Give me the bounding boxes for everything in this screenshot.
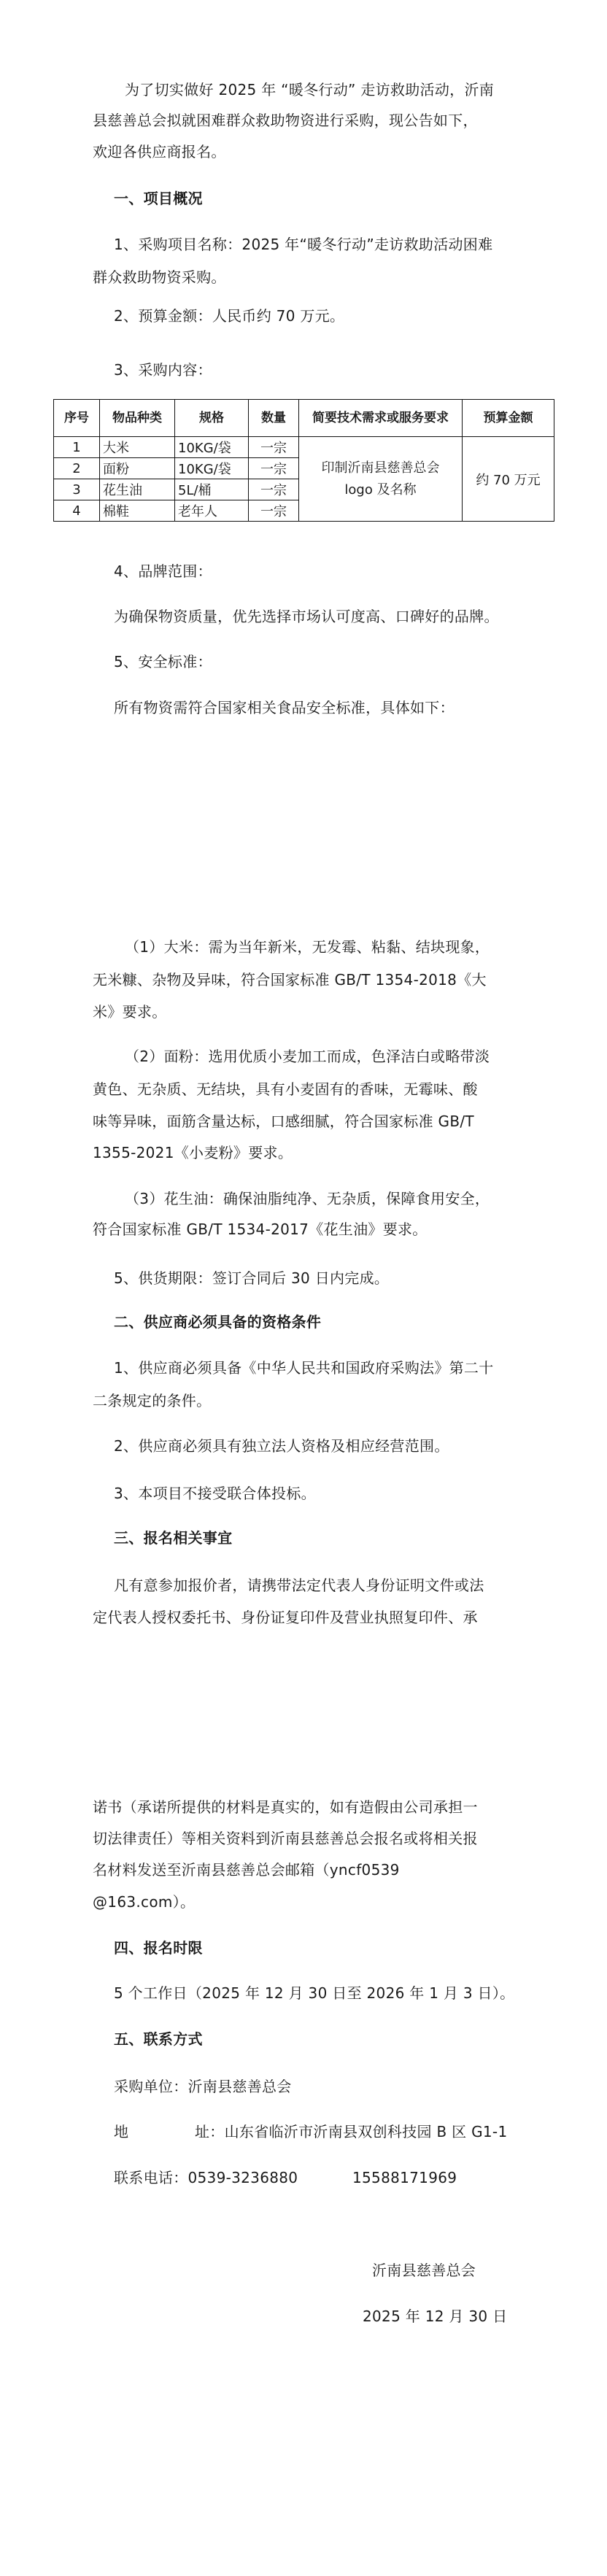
contact-phone: 联系电话：0539-3236880	[114, 2169, 298, 2186]
qualification-2: 2、供应商必须具有独立法人资格及相应经营范围。	[114, 1437, 449, 1455]
purchaser-unit-label: 采购单位：	[114, 2078, 188, 2095]
signature-date: 2025 年 12 月 30 日	[363, 2308, 507, 2325]
contact-phone-2: 15588171969	[352, 2169, 457, 2186]
cell-qty: 一宗	[249, 437, 299, 458]
cell-qty: 一宗	[249, 479, 299, 500]
section-heading: 四、报名时限	[114, 1939, 203, 1957]
cell-spec: 10KG/袋	[175, 458, 249, 479]
cell-spec: 老年人	[175, 500, 249, 522]
section-heading: 二、供应商必须具备的资格条件	[114, 1313, 321, 1331]
flour-standard: （2）面粉：选用优质小麦加工而成，色泽洁白或略带淡	[125, 1048, 490, 1065]
contact-phone-label: 联系电话：	[114, 2169, 188, 2186]
cell-spec: 10KG/袋	[175, 437, 249, 458]
intro-line: 欢迎各供应商报名。	[93, 143, 226, 160]
flour-standard-cont: 1355-2021《小麦粉》要求。	[93, 1144, 293, 1161]
cell-spec: 5L/桶	[175, 479, 249, 500]
safety-standard-label: 5、安全标准：	[114, 653, 212, 670]
cell-item: 大米	[100, 437, 175, 458]
col-header-spec: 规格	[175, 400, 249, 437]
oil-standard-cont: 符合国家标准 GB/T 1534-2017《花生油》要求。	[93, 1221, 428, 1238]
delivery-deadline: 5、供货期限：签订合同后 30 日内完成。	[114, 1269, 389, 1287]
registration-period: 5 个工作日（2025 年 12 月 30 日至 2026 年 1 月 3 日）…	[114, 1984, 514, 2002]
registration-email: 名材料发送至沂南县慈善总会邮箱（yncf0539	[93, 1861, 400, 1879]
project-name-cont: 群众救助物资采购。	[93, 268, 226, 286]
oil-standard: （3）花生油：确保油脂纯净、无杂质，保障食用安全，	[125, 1190, 490, 1207]
table-header-row: 序号 物品种类 规格 数量 简要技术需求或服务要求 预算金额	[54, 400, 554, 437]
registration-text: 凡有意参加报价者，请携带法定代表人身份证明文件或法	[114, 1577, 484, 1594]
address: 址：山东省临沂市沂南县双创科技园 B 区 G1-1	[195, 2123, 507, 2140]
rice-standard-cont: 米》要求。	[93, 1003, 167, 1021]
cell-item: 面粉	[100, 458, 175, 479]
intro-line: 为了切实做好 2025 年 “暖冬行动” 走访救助活动，沂南	[125, 81, 494, 98]
cell-qty: 一宗	[249, 500, 299, 522]
col-header-item: 物品种类	[100, 400, 175, 437]
cell-budget: 约 70 万元	[463, 437, 554, 522]
section-heading: 一、项目概况	[114, 190, 203, 207]
intro-line: 县慈善总会拟就困难群众救助物资进行采购，现公告如下，	[93, 112, 478, 129]
qualification-3: 3、本项目不接受联合体投标。	[114, 1485, 316, 1502]
section-heading: 三、报名相关事宜	[114, 1529, 232, 1547]
contact-phone-1: 0539-3236880	[188, 2169, 298, 2186]
flour-standard-cont: 黄色、无杂质、无结块，具有小麦固有的香味，无霉味、酸	[93, 1080, 478, 1098]
cell-no: 3	[54, 479, 100, 500]
section-heading: 五、联系方式	[114, 2030, 203, 2048]
col-header-requirement: 简要技术需求或服务要求	[299, 400, 463, 437]
purchaser-unit-value: 沂南县慈善总会	[188, 2078, 292, 2095]
procurement-table: 序号 物品种类 规格 数量 简要技术需求或服务要求 预算金额 1 大米 10KG…	[53, 399, 554, 522]
brand-scope-body: 为确保物资质量，优先选择市场认可度高、口碑好的品牌。	[114, 608, 499, 625]
table-row: 1 大米 10KG/袋 一宗 印制沂南县慈善总会logo 及名称 约 70 万元	[54, 437, 554, 458]
registration-text: 诺书（承诺所提供的材料是真实的，如有造假由公司承担一	[93, 1798, 478, 1816]
registration-text: 定代表人授权委托书、身份证复印件及营业执照复印件、承	[93, 1609, 478, 1626]
cell-no: 1	[54, 437, 100, 458]
col-header-no: 序号	[54, 400, 100, 437]
cell-no: 4	[54, 500, 100, 522]
qualification-1: 1、供应商必须具备《中华人民共和国政府采购法》第二十	[114, 1359, 494, 1377]
rice-standard: （1）大米：需为当年新米，无发霉、粘黏、结块现象，	[125, 938, 490, 956]
project-name: 1、采购项目名称：2025 年“暖冬行动”走访救助活动困难	[114, 236, 492, 253]
budget-amount: 2、预算金额：人民币约 70 万元。	[114, 307, 344, 325]
col-header-budget: 预算金额	[463, 400, 554, 437]
cell-item: 花生油	[100, 479, 175, 500]
address-value: 山东省临沂市沂南县双创科技园 B 区 G1-1	[225, 2123, 508, 2140]
cell-item: 棉鞋	[100, 500, 175, 522]
qualification-1-cont: 二条规定的条件。	[93, 1392, 211, 1409]
address-label-2: 址：	[195, 2123, 225, 2140]
registration-text: 切法律责任）等相关资料到沂南县慈善总会报名或将相关报	[93, 1830, 478, 1847]
purchaser-unit: 采购单位：沂南县慈善总会	[114, 2078, 292, 2095]
rice-standard-cont: 无米糠、杂物及异味，符合国家标准 GB/T 1354-2018《大	[93, 971, 487, 989]
signature-org: 沂南县慈善总会	[372, 2262, 476, 2279]
procurement-content-label: 3、采购内容：	[114, 361, 212, 379]
cell-qty: 一宗	[249, 458, 299, 479]
brand-scope-label: 4、品牌范围：	[114, 562, 212, 580]
cell-no: 2	[54, 458, 100, 479]
flour-standard-cont: 味等异味，面筋含量达标，口感细腻，符合国家标准 GB/T	[93, 1113, 474, 1130]
col-header-qty: 数量	[249, 400, 299, 437]
address-label-1: 地	[114, 2123, 128, 2140]
cell-requirement: 印制沂南县慈善总会logo 及名称	[299, 437, 463, 522]
safety-standard-body: 所有物资需符合国家相关食品安全标准，具体如下：	[114, 699, 455, 716]
registration-email-cont: @163.com）。	[93, 1893, 195, 1911]
